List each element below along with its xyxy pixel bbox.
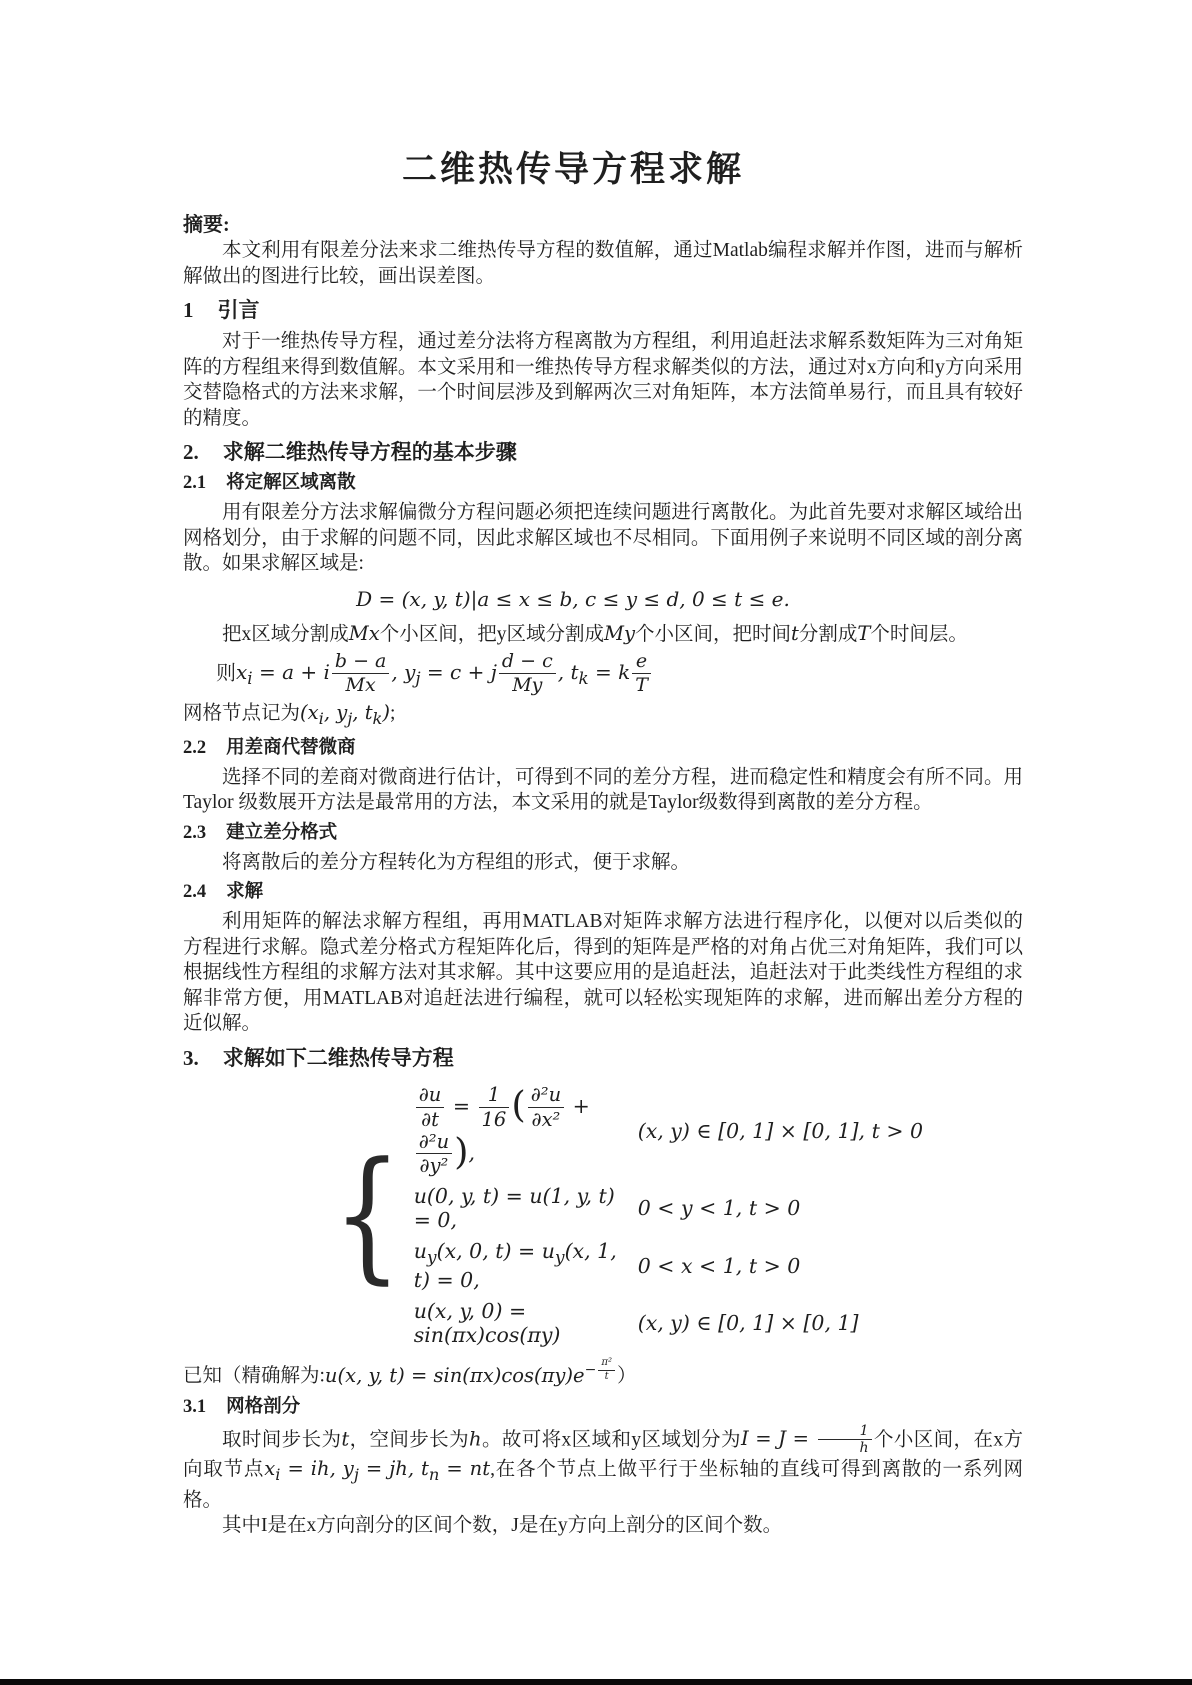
heading-section-2-number: 2.	[183, 438, 199, 466]
document-content: 二维热传导方程求解 摘要: 本文利用有限差分法来求二维热传导方程的数值解，通过M…	[183, 148, 1023, 1539]
abstract-text: 本文利用有限差分法来求二维热传导方程的数值解，通过Matlab编程求解并作图，进…	[183, 238, 1023, 289]
node-coordinates-formula: 则xi = a + ib − aMx, yj = c + jd − cMy, t…	[183, 651, 1023, 697]
exact-solution-line: 已知（精确解为:u(x, y, t) = sin(πx)cos(πy)e−π²t…	[183, 1357, 1023, 1390]
heading-section-1-title: 引言	[218, 296, 260, 324]
heading-section-2-2: 2.2 用差商代替微商	[183, 736, 1023, 761]
document-page: 二维热传导方程求解 摘要: 本文利用有限差分法来求二维热传导方程的数值解，通过M…	[0, 0, 1192, 1685]
heading-section-3-title: 求解如下二维热传导方程	[223, 1044, 454, 1072]
heading-section-3-1-title: 网格剖分	[226, 1395, 300, 1420]
equation-rows: ∂u∂t = 116(∂²u∂x² + ∂²u∂y²), (x, y) ∈ [0…	[414, 1084, 923, 1347]
equation-row-pde: ∂u∂t = 116(∂²u∂x² + ∂²u∂y²), (x, y) ∈ [0…	[414, 1084, 923, 1177]
grid-nodes-line: 网格节点记为(xi, yj, tk);	[183, 700, 1023, 731]
heading-section-2-3-number: 2.3	[183, 821, 206, 846]
equation-row-initial-left: u(x, y, 0) = sin(πx)cos(πy)	[414, 1299, 632, 1347]
section-3-1-paragraph: 取时间步长为t，空间步长为h。故可将x区域和y区域划分为I = J = 1h个小…	[183, 1424, 1023, 1513]
partition-text: 把x区域分割成Mx个小区间，把y区域分割成My个小区间，把时间t分割成T个时间层…	[183, 621, 1023, 648]
heading-section-2-3-title: 建立差分格式	[226, 821, 337, 846]
heading-section-2-1: 2.1 将定解区域离散	[183, 471, 1023, 496]
heading-section-2-1-number: 2.1	[183, 471, 206, 496]
section-1-paragraph: 对于一维热传导方程，通过差分法将方程离散为方程组，利用追赶法求解系数矩阵为三对角…	[183, 329, 1023, 431]
pde-equation-system: { ∂u∂t = 116(∂²u∂x² + ∂²u∂y²), (x, y) ∈ …	[333, 1084, 1023, 1347]
heading-section-2-1-title: 将定解区域离散	[226, 471, 356, 496]
equation-row-pde-condition: (x, y) ∈ [0, 1] × [0, 1], t > 0	[638, 1119, 923, 1143]
equation-row-pde-left: ∂u∂t = 116(∂²u∂x² + ∂²u∂y²),	[414, 1084, 632, 1177]
equation-row-initial-condition: (x, y) ∈ [0, 1] × [0, 1]	[638, 1311, 923, 1335]
section-3-1-note: 其中I是在x方向剖分的区间个数，J是在y方向上剖分的区间个数。	[183, 1513, 1023, 1539]
document-title: 二维热传导方程求解	[183, 148, 963, 192]
equation-row-bc-x-left: u(0, y, t) = u(1, y, t) = 0,	[414, 1184, 632, 1232]
abstract-label: 摘要:	[183, 212, 1023, 238]
heading-section-2-3: 2.3 建立差分格式	[183, 821, 1023, 846]
section-2-2-paragraph: 选择不同的差商对微商进行估计，可得到不同的差分方程，进而稳定性和精度会有所不同。…	[183, 765, 1023, 816]
heading-section-3: 3. 求解如下二维热传导方程	[183, 1044, 1023, 1072]
left-brace: {	[333, 1144, 402, 1287]
heading-section-2-4: 2.4 求解	[183, 880, 1023, 905]
heading-section-1: 1 引言	[183, 296, 1023, 324]
domain-definition-formula: D = (x, y, t)|a ≤ x ≤ b, c ≤ y ≤ d, 0 ≤ …	[183, 586, 963, 612]
heading-section-2-4-number: 2.4	[183, 880, 206, 905]
equation-row-bc-y: uy(x, 0, t) = uy(x, 1, t) = 0, 0 < x < 1…	[414, 1239, 923, 1292]
heading-section-2-4-title: 求解	[226, 880, 263, 905]
heading-section-2: 2. 求解二维热传导方程的基本步骤	[183, 438, 1023, 466]
heading-section-2-2-title: 用差商代替微商	[226, 736, 356, 761]
equation-row-bc-x-condition: 0 < y < 1, t > 0	[638, 1196, 923, 1220]
section-2-3-paragraph: 将离散后的差分方程转化为方程组的形式，便于求解。	[183, 850, 1023, 876]
heading-section-1-number: 1	[183, 296, 194, 324]
equation-row-bc-y-left: uy(x, 0, t) = uy(x, 1, t) = 0,	[414, 1239, 632, 1292]
heading-section-3-1: 3.1 网格剖分	[183, 1395, 1023, 1420]
section-2-1-paragraph: 用有限差分方法求解偏微分方程问题必须把连续问题进行离散化。为此首先要对求解区域给…	[183, 500, 1023, 577]
bottom-edge-bar	[0, 1679, 1192, 1685]
section-2-4-paragraph: 利用矩阵的解法求解方程组，再用MATLAB对矩阵求解方法进行程序化，以便对以后类…	[183, 909, 1023, 1037]
equation-row-bc-y-condition: 0 < x < 1, t > 0	[638, 1254, 923, 1278]
heading-section-2-title: 求解二维热传导方程的基本步骤	[223, 438, 517, 466]
heading-section-3-1-number: 3.1	[183, 1395, 206, 1420]
heading-section-3-number: 3.	[183, 1044, 199, 1072]
equation-row-initial: u(x, y, 0) = sin(πx)cos(πy) (x, y) ∈ [0,…	[414, 1299, 923, 1347]
equation-row-bc-x: u(0, y, t) = u(1, y, t) = 0, 0 < y < 1, …	[414, 1184, 923, 1232]
heading-section-2-2-number: 2.2	[183, 736, 206, 761]
